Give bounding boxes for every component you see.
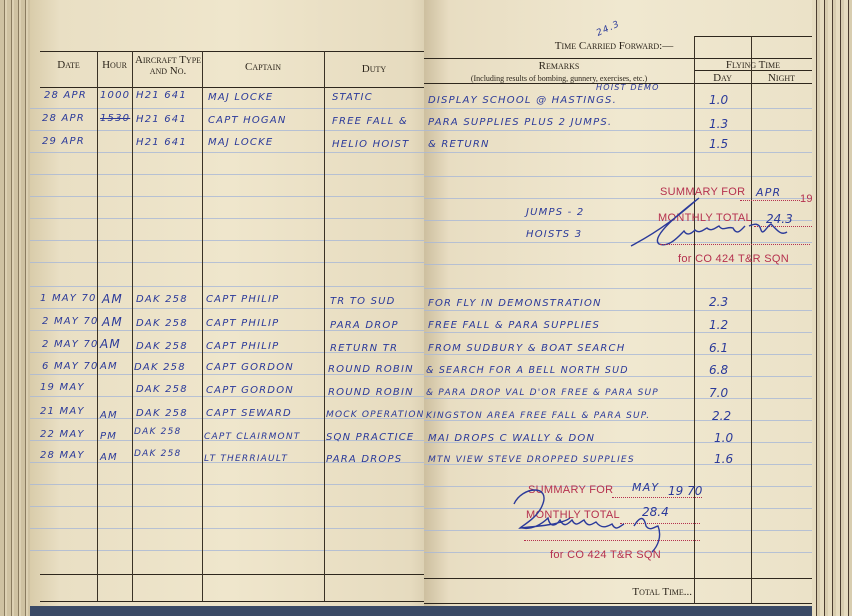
apr-row1-captain: MAJ LOCKE [208,92,273,103]
may-row8-remarks: MTN VIEW STEVE DROPPED SUPPLIES [428,455,635,465]
apr-row3-captain: MAJ LOCKE [208,137,273,148]
header-hour: Hour [97,60,132,71]
may-row4-duty: ROUND ROBIN [328,364,414,375]
may-row7-aircraft: DAK 258 [134,427,181,437]
apr-row1-hour: 1000 [100,90,130,101]
may-row3-hour: AM [100,337,121,351]
may-row4-aircraft: DAK 258 [134,362,186,373]
apr-row1-aircraft: H21 641 [136,90,187,101]
may-row2-aircraft: DAK 258 [136,318,188,329]
header-aircraft: Aircraft Type and No. [134,55,202,77]
may-row4-captain: CAPT GORDON [206,362,294,373]
may-row8-date: 28 MAY [40,450,85,461]
apr-row1-day: 1.0 [709,93,728,107]
may-row3-captain: CAPT PHILIP [206,341,279,352]
may-row5-day: 7.0 [709,386,728,400]
may-row7-duty: SQN PRACTICE [326,432,414,443]
may-row5-captain: CAPT GORDON [206,385,294,396]
may-row8-hour: AM [100,452,118,463]
may-row6-hour: AM [100,410,118,421]
may-row8-aircraft: DAK 258 [134,449,181,459]
may-unit-stamp: for CO 424 T&R SQN [550,549,661,561]
apr-row3-day: 1.5 [709,137,728,151]
may-row2-day: 1.2 [709,318,728,332]
time-carried-forward-label: Time Carried Forward:— [534,41,694,52]
apr-jumps-note: JUMPS - 2 [526,207,584,218]
may-row6-date: 21 MAY [40,406,85,417]
apr-row2-hour: 1530 [100,113,130,124]
may-row6-remarks: KINGSTON AREA FREE FALL & PARA SUP. [426,411,650,421]
apr-unit-stamp: for CO 424 T&R SQN [678,253,789,265]
header-date: Date [40,60,97,71]
apr-row2-date: 28 APR [42,113,85,124]
apr-row1-date: 28 APR [44,90,87,101]
may-row7-captain: CAPT CLAIRMONT [204,432,300,442]
may-row1-hour: AM [102,292,123,306]
may-row3-date: 2 MAY 70 [42,339,99,350]
may-row5-duty: ROUND ROBIN [328,387,414,398]
apr-signature [629,196,809,256]
may-row5-aircraft: DAK 258 [136,384,188,395]
may-row6-captain: CAPT SEWARD [206,408,292,419]
header-remarks: Remarks [424,61,694,72]
may-row7-day: 1.0 [714,431,733,445]
header-duty: Duty [324,64,424,75]
may-row1-duty: TR TO SUD [330,296,396,307]
may-row7-hour: PM [100,431,117,442]
apr-row3-duty: HELIO HOIST [332,139,409,150]
apr-row3-date: 29 APR [42,136,85,147]
left-page: Date Hour Aircraft Type and No. Captain … [30,0,424,606]
may-row5-date: 19 MAY [40,382,85,393]
may-row7-remarks: MAI DROPS c WALLY & DON [428,433,595,444]
apr-row2-day: 1.3 [709,117,728,131]
apr-row2-duty: FREE FALL & [332,116,408,127]
may-row2-captain: CAPT PHILIP [206,318,279,329]
header-night: Night [751,73,812,84]
apr-row1-remarks: DISPLAY SCHOOL @ HASTINGS. [428,95,617,106]
page-edges-left [0,0,30,616]
may-row8-day: 1.6 [714,452,733,466]
may-row3-remarks: FROM SUDBURY & BOAT SEARCH [428,343,625,354]
may-row2-remarks: FREE FALL & PARA SUPPLIES [428,320,600,331]
may-row5-remarks: & PARA DROP VAL D'OR FREE & PARA SUP [426,388,659,398]
carried-forward-note: 24.3 [595,19,622,39]
apr-row1-duty: STATIC [332,92,373,103]
may-row2-duty: PARA DROP [330,320,399,331]
apr-row2-aircraft: H21 641 [136,114,187,125]
header-captain: Captain [202,62,324,73]
header-day: Day [694,73,751,84]
may-row1-date: 1 MAY 70 [40,293,97,304]
may-row1-remarks: FOR FLY IN DEMONSTRATION [428,298,602,309]
page-edges-right [812,0,852,616]
may-row8-captain: LT THERRIAULT [204,454,288,464]
may-row8-duty: PARA DROPS [326,454,402,465]
may-row1-aircraft: DAK 258 [136,294,188,305]
apr-row1-remarks-note: HOIST DEMO [596,83,660,92]
may-row1-day: 2.3 [709,295,728,309]
apr-hoists-note: HOISTS 3 [526,229,582,240]
apr-row2-captain: CAPT HOGAN [208,115,287,126]
apr-row3-aircraft: H21 641 [136,137,187,148]
may-row3-duty: RETURN TR [330,343,398,354]
may-row4-hour: AM [100,361,118,372]
may-row1-captain: CAPT PHILIP [206,294,279,305]
may-row6-duty: MOCK OPERATION [326,410,424,420]
right-page: Time Carried Forward:— 24.3 Remarks (Inc… [424,0,812,606]
may-row6-aircraft: DAK 258 [136,408,188,419]
may-row2-date: 2 MAY 70 [42,316,99,327]
apr-row2-remarks: PARA SUPPLIES PLUS 2 JUMPS. [428,117,612,128]
may-row3-day: 6.1 [709,341,728,355]
may-row7-date: 22 MAY [40,429,85,440]
may-row3-aircraft: DAK 258 [136,341,188,352]
may-row2-hour: AM [102,315,123,329]
header-flying-time: Flying Time [694,60,812,71]
may-row4-day: 6.8 [709,363,728,377]
may-row4-remarks: & SEARCH FOR A BELL NORTH SUD [426,365,629,376]
may-row4-date: 6 MAY 70 [42,361,99,372]
total-time-label: Total Time... [574,587,692,598]
logbook-spread: Date Hour Aircraft Type and No. Captain … [0,0,852,616]
apr-row3-remarks: & RETURN [428,139,490,150]
may-row6-day: 2.2 [712,409,731,423]
may-signature [512,486,712,556]
